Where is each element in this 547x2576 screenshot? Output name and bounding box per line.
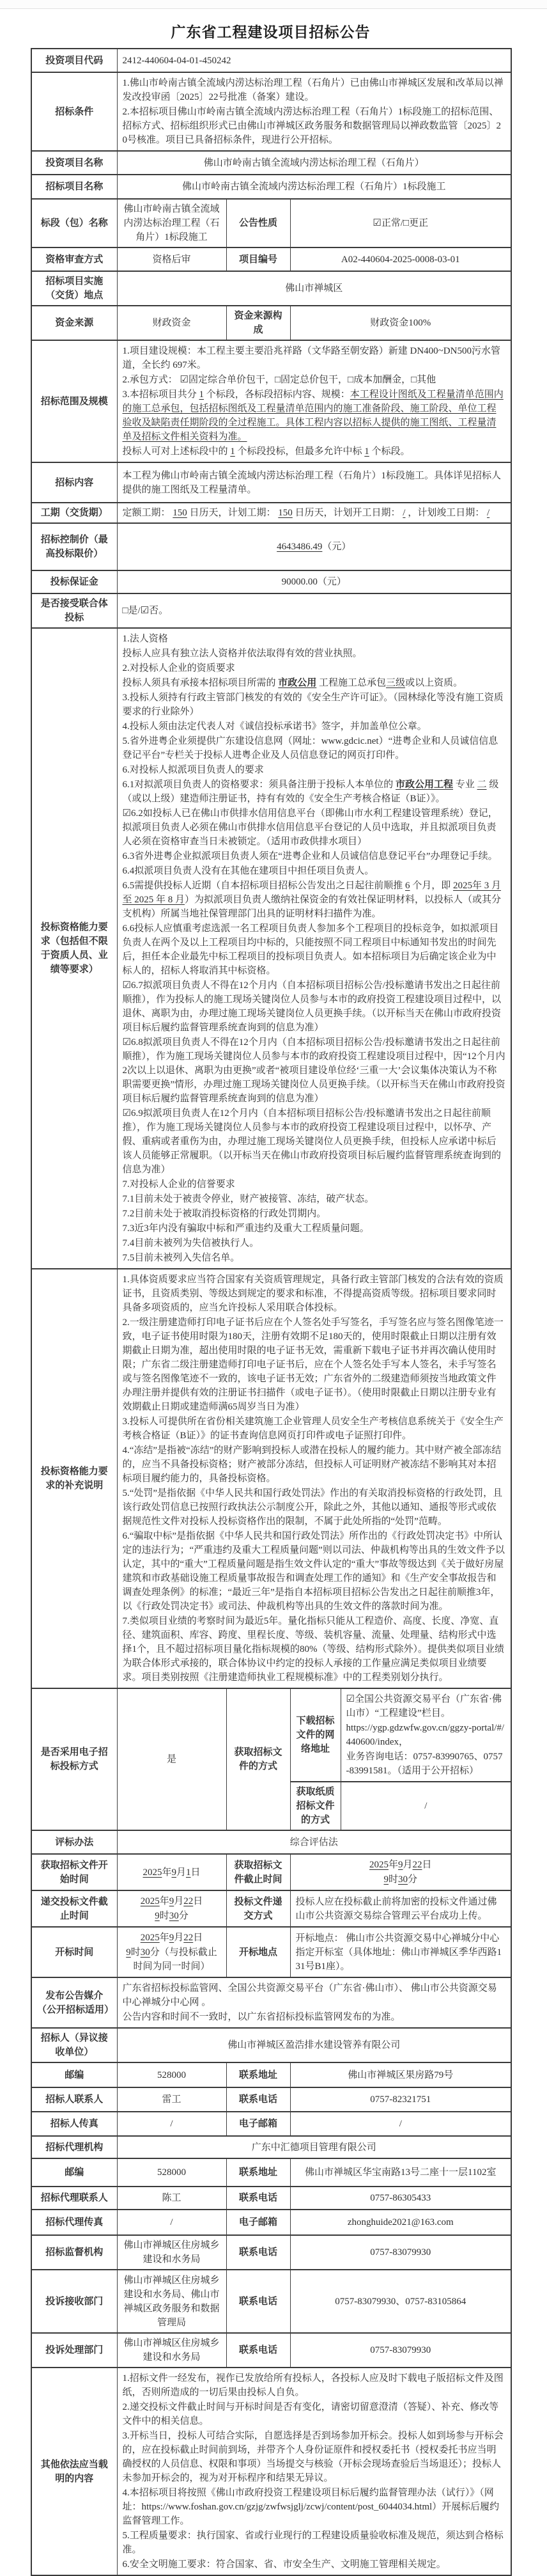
label-tenderer-address: 联系地址 <box>226 2062 290 2087</box>
label-bid-bond: 投标保证金 <box>31 570 117 593</box>
value-other-content: 1.招标文件一经发布，视作已发放给所有投标人，各投标人应及时下载电子版招标文件及… <box>117 2368 511 2575</box>
value-bid-bond: 90000.00（元） <box>117 570 511 593</box>
value-tenderer-phone: 0757-82321751 <box>290 2087 511 2112</box>
table-row: 招标范围及规模 1.项目建设规模：本工程主要主要沿兆祥路（文华路至朝安路）新建 … <box>31 340 511 462</box>
label-qualification-requirements: 投标资格能力要求（包括但不限于资质人员、业绩等要求） <box>31 628 117 1269</box>
label-tenderer-contact: 招标人联系人 <box>31 2087 117 2112</box>
label-download-address: 下载招标文件的网络地址 <box>290 1688 341 1782</box>
paragraph-line: 2.一级注册建造师打印电子证书后应在个人签名处手写签名，手写签名应与签名图像笔迹… <box>123 1315 506 1414</box>
table-row: 招标代理机构 广东中汇德项目管理有限公司 <box>31 2136 511 2158</box>
value-project-number: A02-440604-2025-0008-03-01 <box>290 247 511 271</box>
label-complaint-handle: 投诉处理部门 <box>31 2333 117 2368</box>
label-agency-fax: 招标代理传真 <box>31 2210 117 2235</box>
paragraph-line: 投标人须具有承接本招标项目所需的 市政公用 工程施工总承包三级或以上资质。 <box>123 676 506 690</box>
table-row: 投标资格能力要求的补充说明 1.具体资质要求应当符合国家有关资质管理规定，具备行… <box>31 1269 511 1688</box>
paragraph-line: ☑6.8拟派项目负责人不得在12个月内（自本招标项目招标公告/投标邀请书发出之日… <box>123 1035 506 1106</box>
table-row: 资金来源 财政资金 资金来源构成 财政资金100% <box>31 306 511 340</box>
paragraph-line: 6.6投标人应慎重考虑选派一名工程项目负责人参加多个工程项目的投标竞争，如拟派项… <box>123 922 506 978</box>
value-consortium-checkboxes: □是/☑否。 <box>117 593 511 628</box>
value-control-price: 4643486.49（元） <box>117 523 511 570</box>
value-agency-fax: / <box>117 2210 226 2235</box>
value-complaint-handle: 佛山市禅城区住房城乡建设和水务局 <box>117 2333 226 2368</box>
paragraph-line: 9时30分（与投标截止时间为同一时间） <box>123 1945 221 1974</box>
table-row: 投标保证金 90000.00（元） <box>31 570 511 593</box>
label-project-number: 项目编号 <box>226 247 290 271</box>
value-doc-deadline: 2025年9月22日9时30分 <box>290 1854 511 1890</box>
label-paper-doc-method: 获取纸质招标文件的方式 <box>290 1782 341 1830</box>
value-supervision-phone: 0757-83079930 <box>290 2235 511 2270</box>
value-tenderer-postcode: 528000 <box>117 2062 226 2087</box>
paragraph-line: 业务咨询电话：0757-83990765、0757-83991581。（适用于公… <box>346 1750 506 1778</box>
label-agency: 招标代理机构 <box>31 2136 117 2158</box>
label-supervision-phone: 联系电话 <box>226 2235 290 2270</box>
label-funds-source: 资金来源 <box>31 306 117 340</box>
paragraph-line: 1.招标文件一经发布，视作已发放给所有投标人，各投标人应及时下载电子版招标文件及… <box>123 2371 506 2399</box>
value-tenderer-fax: / <box>117 2112 226 2136</box>
paragraph-line: 7.3近3年内没有骗取中标和严重违约及重大工程质量问题。 <box>123 1221 506 1236</box>
label-qualification-supplement: 投标资格能力要求的补充说明 <box>31 1269 117 1688</box>
label-tenderer: 招标人（异议接收单位） <box>31 2028 117 2062</box>
table-row: 是否接受联合体投标 □是/☑否。 <box>31 593 511 628</box>
paragraph-line: 4.本招标项目将按照《佛山市政府投资工程建设项目标后履约监督管理办法（试行）》（… <box>123 2486 506 2528</box>
label-complaint-receive: 投诉接收部门 <box>31 2270 117 2333</box>
paragraph-line: 2025年9月22日 <box>123 1931 221 1945</box>
value-funds-composition: 财政资金100% <box>290 306 511 340</box>
table-row: 招标人传真 / 电子邮箱 / <box>31 2112 511 2136</box>
paragraph-line: ☑全国公共资源交易平台（广东省·佛山市）“工程建设”栏目。 <box>346 1692 506 1720</box>
label-duration: 工期（交货期） <box>31 503 117 523</box>
value-tender-content: 本工程为佛山市岭南古镇全流域内涝达标治理工程（石角片）1标段施工。具体详见招标人… <box>117 462 511 503</box>
value-opening-time: 2025年9月22日9时30分（与投标截止时间为同一时间） <box>117 1927 226 1977</box>
paragraph-line: 3.本招标项目共分 1 个标段，各标段招标内容、规模：本工程设计图纸及工程量清单… <box>123 388 506 444</box>
label-tenderer-phone: 联系电话 <box>226 2087 290 2112</box>
paragraph-line: 7.5目前未被列入失信名单。 <box>123 1251 506 1265</box>
table-row: 招标监督机构 佛山市禅城区住房城乡建设和水务局 联系电话 0757-830799… <box>31 2235 511 2270</box>
label-scope: 招标范围及规模 <box>31 340 117 462</box>
paragraph-line: 2.对投标人企业的资质要求 <box>123 661 506 675</box>
label-section-name: 标段（包）名称 <box>31 199 117 247</box>
paragraph-line: 2.承包方式： ☑固定综合单价包干，□固定总价包干，□成本加酬金，□其他 <box>123 373 506 387</box>
paragraph-line: 2.本招标项目佛山市岭南古镇全流域内涝达标治理工程（石角片）1标段施工的招标范围… <box>123 105 506 147</box>
table-row: 投资项目名称 佛山市岭南古镇全流域内涝达标治理工程（石角片） <box>31 151 511 175</box>
label-agency-contact: 招标代理联系人 <box>31 2187 117 2210</box>
label-doc-start-time: 获取招标文件开始时间 <box>31 1854 117 1890</box>
paragraph-line: ☑6.2如投标人已在佛山市供排水信用信息平台（即佛山市水利工程建设管理系统）登记… <box>123 806 506 849</box>
table-row: 招标代理传真 / 电子邮箱 zhonghuide2021@163.com <box>31 2210 511 2235</box>
table-row: 评标办法 综合评估法 <box>31 1830 511 1854</box>
label-funds-composition: 资金来源构成 <box>226 306 290 340</box>
table-row: 招标内容 本工程为佛山市岭南古镇全流域内涝达标治理工程（石角片）1标段施工。具体… <box>31 462 511 503</box>
announcement-table: 投资项目代码 2412-440604-04-01-450242 招标条件 1.佛… <box>31 48 512 2576</box>
label-location: 招标项目实施（交货）地点 <box>31 271 117 306</box>
label-announcement-media: 发布公告媒介（公开招标适用） <box>31 1977 117 2028</box>
label-tender-conditions: 招标条件 <box>31 72 117 151</box>
table-row: 开标时间 2025年9月22日9时30分（与投标截止时间为同一时间） 开标地点 … <box>31 1927 511 1977</box>
label-doc-deadline: 获取招标文件截止时间 <box>226 1854 290 1890</box>
value-qualification-review: 资格后审 <box>117 247 226 271</box>
paragraph-line: 投标人应具有独立法人资格并依法取得有效的营业执照。 <box>123 647 506 661</box>
table-row: 投标资格能力要求（包括但不限于资质人员、业绩等要求） 1.法人资格投标人应具有独… <box>31 628 511 1269</box>
table-row: 投诉接收部门 佛山市禅城区住房城乡建设和水务局、佛山市禅城区政务服务和数据管理局… <box>31 2270 511 2333</box>
table-row: 标段（包）名称 佛山市岭南古镇全流域内涝达标治理工程（石角片）1标段施工 公告性… <box>31 199 511 247</box>
table-row: 招标项目名称 佛山市岭南古镇全流域内涝达标治理工程（石角片）1标段施工 <box>31 175 511 199</box>
value-complaint-receive: 佛山市禅城区住房城乡建设和水务局、佛山市禅城区政务服务和数据管理局 <box>117 2270 226 2333</box>
label-submit-method: 投标文件递交方式 <box>226 1890 290 1927</box>
label-control-price: 招标控制价（最高投标限价） <box>31 523 117 570</box>
label-agency-email: 电子邮箱 <box>226 2210 290 2235</box>
label-notice-nature: 公告性质 <box>226 199 290 247</box>
paragraph-line: 6.5需提供投标人近期（自本招标项目招标公告发出之日起往前顺推 6 个月，即 2… <box>123 879 506 921</box>
table-row: 递交投标文件截止时间 2025年9月22日9时30分 投标文件递交方式 投标人应… <box>31 1890 511 1927</box>
paragraph-line: 4.投标人须由法定代表人对《诚信投标承诺书》签字，并加盖单位公章。 <box>123 719 506 734</box>
label-complaint-receive-phone: 联系电话 <box>226 2270 290 2333</box>
table-row: 邮编 528000 联系地址 佛山市禅城区果房路79号 <box>31 2062 511 2087</box>
paragraph-line: 6.3省外进粤企业拟派项目负责人须在“进粤企业和人员诚信信息登记平台”办理登记手… <box>123 849 506 863</box>
value-submit-deadline: 2025年9月22日9时30分 <box>117 1890 226 1927</box>
label-tender-project-name: 招标项目名称 <box>31 175 117 199</box>
paragraph-line: 6.安全文明施工要求：符合国家、省、市安全生产、文明施工管理相关规定。 <box>123 2557 506 2572</box>
label-consortium: 是否接受联合体投标 <box>31 593 117 628</box>
label-other-content: 其他依法应当载明的内容 <box>31 2368 117 2575</box>
label-tenderer-fax: 招标人传真 <box>31 2112 117 2136</box>
value-e-tender: 是 <box>117 1688 226 1830</box>
value-qualification-supplement: 1.具体资质要求应当符合国家有关资质管理规定，具备行政主管部门核发的合法有效的资… <box>117 1269 511 1688</box>
paragraph-line: ☑6.9拟派项目负责人在12个月内（自本招标项目招标公告/投标邀请书发出之日起往… <box>123 1106 506 1177</box>
value-announcement-media: 广东省招标投标监管网、全国公共资源交易平台（广东省·佛山市）、 佛山市公共资源交… <box>117 1977 511 2028</box>
value-submit-method: 投标人应在投标截止前将加密的投标文件通过佛山市公共资源交易综合管理云平台成功上传… <box>290 1890 511 1927</box>
paragraph-line: 3.投标人可提供所在省份相关建筑施工企业管理人员安全生产考核信息系统关于《安全生… <box>123 1415 506 1443</box>
value-project-code: 2412-440604-04-01-450242 <box>117 49 511 72</box>
value-agency-address: 佛山市禅城区华宝南路13号二座十一层1102室 <box>290 2158 511 2187</box>
paragraph-line: ☑6.7拟派项目负责人不得在12个月内（自本招标项目招标公告/投标邀请书发出之日… <box>123 978 506 1035</box>
label-tenderer-email: 电子邮箱 <box>226 2112 290 2136</box>
paragraph-line: 2025年9月22日 <box>296 1858 506 1872</box>
table-row: 其他依法应当载明的内容 1.招标文件一经发布，视作已发放给所有投标人，各投标人应… <box>31 2368 511 2575</box>
value-agency-phone: 0757-86305433 <box>290 2187 511 2210</box>
paragraph-line: 9时30分 <box>123 1909 221 1923</box>
paragraph-line: 1.项目建设规模：本工程主要主要沿兆祥路（文华路至朝安路）新建 DN400~DN… <box>123 344 506 372</box>
value-doc-start-time: 2025年9月1日 <box>117 1854 226 1890</box>
value-scope: 1.项目建设规模：本工程主要主要沿兆祥路（文华路至朝安路）新建 DN400~DN… <box>117 340 511 462</box>
value-section-name: 佛山市岭南古镇全流域内涝达标治理工程（石角片）1标段施工 <box>117 199 226 247</box>
paragraph-line: 6.“骗取中标”是指依据《中华人民共和国行政处罚法》所作出的《行政处罚决定书》中… <box>123 1529 506 1614</box>
label-agency-postcode: 邮编 <box>31 2158 117 2187</box>
value-complaint-receive-phone: 0757-83079930、0757-83105864 <box>290 2270 511 2333</box>
value-qualification-requirements: 1.法人资格投标人应具有独立法人资格并依法取得有效的营业执照。2.对投标人企业的… <box>117 628 511 1269</box>
label-opening-place: 开标地点 <box>226 1927 290 1977</box>
paragraph-line: https://ygp.gdzwfw.gov.cn/ggzy-portal/#/… <box>346 1721 506 1749</box>
table-row: 发布公告媒介（公开招标适用） 广东省招标投标监管网、全国公共资源交易平台（广东省… <box>31 1977 511 2028</box>
value-notice-nature-checkboxes: ☑正常/□更正 <box>290 199 511 247</box>
label-project-code: 投资项目代码 <box>31 49 117 72</box>
paragraph-line: 5.“处罚”是指依据《中华人民共和国行政处罚法》作出的有关取消投标资格的行政处罚… <box>123 1486 506 1528</box>
page-title: 广东省工程建设项目招标公告 <box>31 9 511 48</box>
paragraph-line: 1.法人资格 <box>123 632 506 646</box>
paragraph-line: 4.“冻结”是指被“冻结”的财产影响到投标人或潜在投标人的履约能力。其中财产被全… <box>123 1443 506 1486</box>
table-row: 是否采用电子招标投标方式 是 获取招标文件的方式 下载招标文件的网络地址 ☑全国… <box>31 1688 511 1782</box>
label-tenderer-postcode: 邮编 <box>31 2062 117 2087</box>
top-divider <box>0 0 547 9</box>
paragraph-line: 7.类似项目业绩的考察时间为最近5年。量化指标只能从工程造价、高度、长度、净宽、… <box>123 1614 506 1685</box>
value-tenderer-contact: 雷工 <box>117 2087 226 2112</box>
label-opening-time: 开标时间 <box>31 1927 117 1977</box>
label-agency-phone: 联系电话 <box>226 2187 290 2210</box>
paragraph-line: 9时30分 <box>296 1873 506 1887</box>
table-row: 邮编 528000 联系地址 佛山市禅城区华宝南路13号二座十一层1102室 <box>31 2158 511 2187</box>
paragraph-line: 投标人可对上述标段中的 1 个标段投标，但最多允许中标 1 个标段。 <box>123 444 506 459</box>
label-complaint-handle-phone: 联系电话 <box>226 2333 290 2368</box>
paragraph-line: 广东省招标投标监管网、全国公共资源交易平台（广东省·佛山市）、 佛山市公共资源交… <box>123 1981 506 2009</box>
paragraph-line: 7.对投标人企业的信誉要求 <box>123 1177 506 1191</box>
paragraph-line: 3.开标当日，投标人可结合实际，自愿选择是否到场参加开标会。投标人如到场参与开标… <box>123 2429 506 2485</box>
value-agency-email: zhonghuide2021@163.com <box>290 2210 511 2235</box>
table-row: 招标条件 1.佛山市岭南古镇全流域内涝达标治理工程（石角片）已由佛山市禅城区发展… <box>31 72 511 151</box>
value-evaluation-method: 综合评估法 <box>117 1830 511 1854</box>
paragraph-line: 6.对投标人拟派项目负责人的要求 <box>123 763 506 777</box>
value-download-address: ☑全国公共资源交易平台（广东省·佛山市）“工程建设”栏目。https://ygp… <box>341 1688 511 1782</box>
value-agency: 广东中汇德项目管理有限公司 <box>117 2136 511 2158</box>
label-evaluation-method: 评标办法 <box>31 1830 117 1854</box>
table-row: 招标人联系人 雷工 联系电话 0757-82321751 <box>31 2087 511 2112</box>
tender-announcement-document: 广东省工程建设项目招标公告 投资项目代码 2412-440604-04-01-4… <box>31 9 511 2576</box>
paragraph-line: 5.省外进粤企业须提供广东建设信息网（网址：www.gdcic.net）“进粤企… <box>123 734 506 762</box>
table-row: 招标控制价（最高投标限价） 4643486.49（元） <box>31 523 511 570</box>
paragraph-line: 3.投标人须持有行政主管部门核发的有效的《安全生产许可证》。（园林绿化等没有施工… <box>123 691 506 719</box>
value-duration: 定额工期： 150 日历天，计划工期： 150 日历天，计划开工日期： / ，计… <box>117 503 511 523</box>
value-opening-place: 开标地点： 佛山市公共资源交易中心禅城分中心指定开标室（具体地址：佛山市禅城区季… <box>290 1927 511 1977</box>
label-submit-deadline: 递交投标文件截止时间 <box>31 1890 117 1927</box>
value-tenderer: 佛山市禅城区盈浩排水建设管养有限公司 <box>117 2028 511 2062</box>
paragraph-line: 5.工程质量要求：执行国家、省或行业现行的工程建设质量验收标准及规范，须达到合格… <box>123 2529 506 2557</box>
table-row: 投资项目代码 2412-440604-04-01-450242 <box>31 49 511 72</box>
table-row: 招标项目实施（交货）地点 佛山市禅城区 <box>31 271 511 306</box>
paragraph-line: 1.佛山市岭南古镇全流域内涝达标治理工程（石角片）已由佛山市禅城区发展和改革局以… <box>123 76 506 104</box>
value-funds-source: 财政资金 <box>117 306 226 340</box>
table-row: 招标代理联系人 陈工 联系电话 0757-86305433 <box>31 2187 511 2210</box>
value-tender-project-name: 佛山市岭南古镇全流域内涝达标治理工程（石角片）1标段施工 <box>117 175 511 199</box>
paragraph-line: 1.具体资质要求应当符合国家有关资质管理规定，具备行政主管部门核发的合法有效的资… <box>123 1273 506 1315</box>
table-row: 招标人（异议接收单位） 佛山市禅城区盈浩排水建设管养有限公司 <box>31 2028 511 2062</box>
label-agency-address: 联系地址 <box>226 2158 290 2187</box>
paragraph-line: 7.4目前未被列为失信被执行人。 <box>123 1236 506 1250</box>
value-agency-contact: 陈工 <box>117 2187 226 2210</box>
paragraph-line: 6.1对拟派项目负责人的资格要求：须具备注册于投标人本单位的 市政公用工程 专业… <box>123 778 506 806</box>
paragraph-line: 2.递交投标文件截止时间与开标时间是否有变化，请密切留意澄清（答疑）、补充、修改… <box>123 2400 506 2428</box>
paragraph-line: 公告内容和时间不一致时，以广东省招标投标监管网发布的为准。 <box>123 2010 506 2024</box>
table-row: 获取招标文件开始时间 2025年9月1日 获取招标文件截止时间 2025年9月2… <box>31 1854 511 1890</box>
value-location: 佛山市禅城区 <box>117 271 511 306</box>
label-doc-obtain-method: 获取招标文件的方式 <box>226 1688 290 1830</box>
value-tenderer-address: 佛山市禅城区果房路79号 <box>290 2062 511 2087</box>
value-invest-project-name: 佛山市岭南古镇全流域内涝达标治理工程（石角片） <box>117 151 511 175</box>
table-row: 工期（交货期） 定额工期： 150 日历天，计划工期： 150 日历天，计划开工… <box>31 503 511 523</box>
label-qualification-review: 资格审查方式 <box>31 247 117 271</box>
paragraph-line: 本工程为佛山市岭南古镇全流域内涝达标治理工程（石角片）1标段施工。具体详见招标人… <box>123 469 506 497</box>
label-supervision: 招标监督机构 <box>31 2235 117 2270</box>
value-tenderer-email: / <box>290 2112 511 2136</box>
value-complaint-handle-phone: 0757-83079930 <box>290 2333 511 2368</box>
paragraph-line: 6.4拟派项目负责人没有在其他在建项目中担任项目负责人。 <box>123 864 506 878</box>
table-row: 投诉处理部门 佛山市禅城区住房城乡建设和水务局 联系电话 0757-830799… <box>31 2333 511 2368</box>
label-invest-project-name: 投资项目名称 <box>31 151 117 175</box>
value-supervision: 佛山市禅城区住房城乡建设和水务局 <box>117 2235 226 2270</box>
label-tender-content: 招标内容 <box>31 462 117 503</box>
table-row: 资格审查方式 资格后审 项目编号 A02-440604-2025-0008-03… <box>31 247 511 271</box>
paragraph-line: 2025年9月22日 <box>123 1894 221 1908</box>
paragraph-line: 2025年9月1日 <box>123 1865 221 1880</box>
value-paper-doc-method: / <box>341 1782 511 1830</box>
value-agency-postcode: 528000 <box>117 2158 226 2187</box>
label-e-tender: 是否采用电子招标投标方式 <box>31 1688 117 1830</box>
value-tender-conditions: 1.佛山市岭南古镇全流域内涝达标治理工程（石角片）已由佛山市禅城区发展和改革局以… <box>117 72 511 151</box>
paragraph-line: 7.2目前未处于被取消投标资格的行政处罚期内。 <box>123 1207 506 1221</box>
paragraph-line: 7.1目前未处于被责令停业，财产被接管、冻结，破产状态。 <box>123 1192 506 1206</box>
